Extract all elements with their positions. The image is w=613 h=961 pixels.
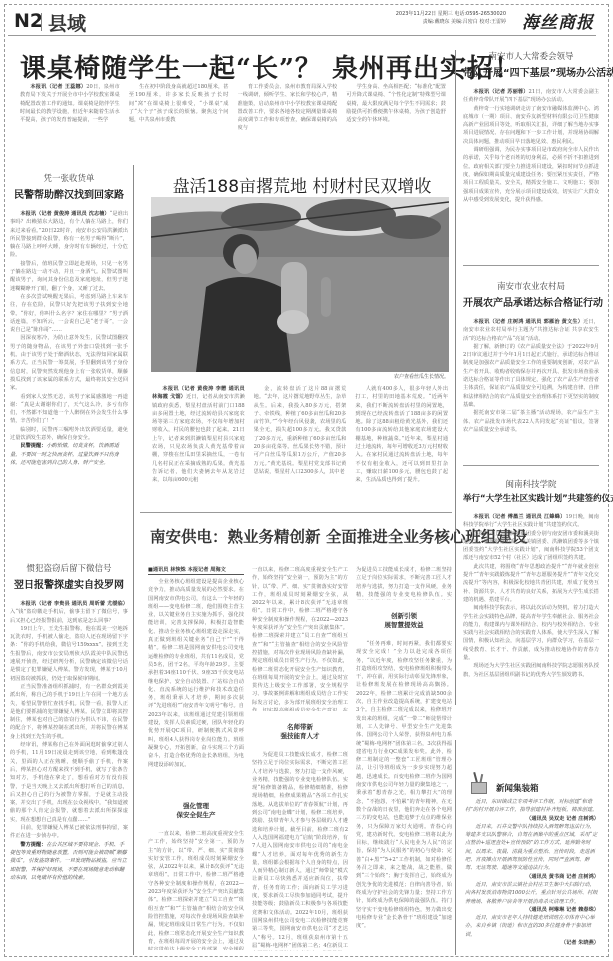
kicker: 南安市农业农村局 <box>463 280 599 292</box>
photo-caption: 农户查看丝瓜生长情况。 <box>151 373 449 380</box>
center-story-2-column: 为促进员工技能成长成才，检修二班坚持立足于岗位实际需求，不断完善工匠人才培养与选… <box>356 566 452 951</box>
headline: 民警帮助醉汉找到回家路 <box>10 186 128 201</box>
headline: 开展农产品承诺达标合格证行动 <box>463 294 599 309</box>
news-briefs-header: 新闻集装箱 <box>470 772 539 794</box>
edition-meta: 2023年11月22日 星期三 电话:0595-26530020 责编:戴晓东 … <box>396 10 506 26</box>
kicker: 闽南科技学院 <box>463 478 599 490</box>
kicker: 南安市人大常委会领导 <box>463 50 599 62</box>
center-story-2-column: ■通讯员 林恢铢 本报记者 周海文 全业务核心班组建设是提高企业核心竞争力，推动… <box>148 566 244 951</box>
right-story-1-body: 本报讯（记者 苏丽蓉）21日，南安市人大常委会副主任黄梓奇带队开展“四下基层”现… <box>463 88 599 268</box>
news-brief-item: 近日，南安市老年人持枝健走培训班在市体育中心举办，来自乡镇（街道）和市直的30多… <box>465 914 599 947</box>
center-story-2-column: 一直以来，检修二班高度重视安全生产工作，始终坚持“安全第一，预防为主”的方针，以… <box>252 566 348 951</box>
left-story-1-title: 凭一张收货单 民警帮助醉汉找到回家路 <box>10 172 128 201</box>
subhead: 创新引领 展智慧提效益 <box>356 612 452 630</box>
masthead: N2 县域 2023年11月22日 星期三 电话:0595-26530020 责… <box>8 6 596 36</box>
left-story-2-title: 惯犯盗窃后留下微信号 翌日报警探虚实自投罗网 <box>10 562 128 591</box>
center-story-1-body: 本报讯（记者 黄俊涛 李懋 通讯员 林海霞 戈馏）近日，记者从南安市洪濑镇政府获… <box>152 385 448 507</box>
right-story-2-title: 南安市农业农村局 开展农产品承诺达标合格证行动 <box>463 280 599 309</box>
pen-holder-icon <box>470 772 492 794</box>
editors-line: 责编:戴晓东 美编:吕密白 校对:王雷婷 <box>396 18 506 26</box>
section-divider <box>463 465 599 466</box>
left-story-2: 惯犯盗窃后留下微信号 翌日报警探虚实自投罗网 本报讯（记者 李贵县 通讯员 周昕… <box>10 562 128 952</box>
right-story-2-body: 本报讯（记者 庄树鸿 通讯员 郭雁治 黄文生）近日，南安市农业农村局举行主题为“… <box>463 318 599 468</box>
right-story-1-title: 南安市人大常委会领导 带队开展“四下基层”现场办公活动 <box>463 50 599 79</box>
news-briefs-list: 近日，东田镇成立专项考评工作组，对标创建“和谐村”的村开展自评工作，指导创建村补… <box>465 798 599 953</box>
news-brief-item: 近日，东田镇成立专项考评工作组，对标创建“和谐村”的村开展自评工作，指导创建村补… <box>465 798 599 823</box>
lead-story-headline: 课桌椅随学生一起“长”？ 泉州再出实招！ <box>20 48 450 85</box>
headline: 带队开展“四下基层”现场办公活动 <box>463 64 599 79</box>
farmer-photo <box>151 197 449 372</box>
left-story-1-body: 本报讯（记者 黄俊涛 通讯员 沈志楠）“是谁出事吗？出赖猜东大路边，有个人躺在马… <box>10 210 128 467</box>
column-divider <box>455 50 456 705</box>
right-story-3: 闽南科技学院 举行“大学生社区实践计划”共建签约仪式 本报讯（记者 傅墨兰 通讯… <box>463 478 599 743</box>
lead-story-column: 育工作委员会、泉州市教育局深入学校一线调研，倾听学生、家长和学校心声，精准施策，… <box>238 83 338 133</box>
column-divider <box>133 165 134 955</box>
brief-credit: （通讯员 黄书商 记者 庄树鸿） <box>465 873 599 881</box>
subhead: 名师带新 强技能育人才 <box>252 723 348 741</box>
police-tip: 警方提醒：在公共区域不要将现金、手机、手提包等贵重财物随意放置，否则可能会被窃贼… <box>10 841 128 882</box>
page-number: N2 <box>14 10 43 32</box>
left-story-1: 凭一张收货单 民警帮助醉汉找到回家路 本报讯（记者 黄俊涛 通讯员 沈志楠）“是… <box>10 172 128 467</box>
center-story-2-body: ■通讯员 林恢铢 本报记者 周海文 全业务核心班组建设是提高企业核心竞争力，推动… <box>148 566 452 951</box>
news-brief-item: 近日，南安市洪云镇社会村庄卫生集中大扫除行动，向各村发放消毒物资1000公斤，重… <box>465 881 599 914</box>
lead-story-body: 本报讯（记者 王蕊娜）20日，泉州市教育局下发关于开展全市中小学校教室课桌椅配置… <box>20 83 446 133</box>
headline: 举行“大学生社区实践计划”共建签约仪式 <box>463 492 599 504</box>
section-divider <box>140 512 452 513</box>
kicker: 凭一张收货单 <box>10 172 128 184</box>
subhead: 强化管理 保安全促生产 <box>148 802 244 820</box>
news-briefs-title: 新闻集装箱 <box>496 782 539 794</box>
headline: 翌日报警探虚实自投罗网 <box>10 576 128 591</box>
column-divider <box>455 740 456 955</box>
photo-illustration <box>151 197 449 372</box>
lead-story-column: 学生身高、坐高相匹配；“标准化”配置可升降式课桌椅、“个性化定制”特殊型号课桌椅… <box>346 83 446 133</box>
right-story-3-title: 闽南科技学院 举行“大学生社区实践计划”共建签约仪式 <box>463 478 599 504</box>
news-brief-item: 近日来，石井交警中队持续投入酒驾醉驾违法行为，筹建多支以队警察合，自驾在酒集中的… <box>465 823 599 881</box>
police-tip: 民警提醒：小酌怡情，切莫贪杯，饮酒需适量，不要因一时之快而贪杯，过量饮酒不只伤身… <box>10 442 128 467</box>
date-line: 2023年11月22日 星期三 电话:0595-26530020 <box>396 10 506 18</box>
lead-story-column: 本报讯（记者 王蕊娜）20日，泉州市教育局下发关于开展全市中小学校教室课桌椅配置… <box>20 83 120 133</box>
left-story-2-body: 本报讯（记者 李贵县 通讯员 周昕蕾 尤缓临）入“钱”盗窃徽走手机后，偷事主留下… <box>10 600 128 882</box>
right-story-1: 南安市人大常委会领导 带队开展“四下基层”现场办公活动 本报讯（记者 苏丽蓉）2… <box>463 50 599 268</box>
center-story-2-headline: 南安供电：熟业务精创新 全面推进全业务核心班组建设 <box>150 525 450 547</box>
brief-credit: （通讯员 柯琳琳 记者 赖春珠） <box>465 906 599 914</box>
kicker: 惯犯盗窃后留下微信号 <box>10 562 128 574</box>
paper-logo: 海丝商报 <box>522 8 594 33</box>
brief-credit: （通讯员 吴双走 记者 庄树鸿） <box>465 815 599 823</box>
section-divider <box>463 265 599 266</box>
right-story-3-body: 本报讯（记者 傅墨兰 通讯员 江蜂蜂）19日晚，闽南科技学院举行“大学生社区实践… <box>463 513 599 743</box>
lead-story-column: 生在初中阶段身高就超过180厘米，甚至190厘米，许多家长反映孩子长时间“窝”在… <box>129 83 229 133</box>
byline: ■通讯员 林恢铢 本报记者 周海文 <box>148 566 244 575</box>
brief-credit: （记者 朱晓燕） <box>465 939 599 947</box>
page-number-divider <box>41 13 42 31</box>
center-story-1-headline: 盘活188亩撂荒地 村财村民双增收 <box>152 172 452 197</box>
right-story-2: 南安市农业农村局 开展农产品承诺达标合格证行动 本报讯（记者 庄树鸿 通讯员 郭… <box>463 280 599 468</box>
section-name: 县域 <box>48 9 86 36</box>
